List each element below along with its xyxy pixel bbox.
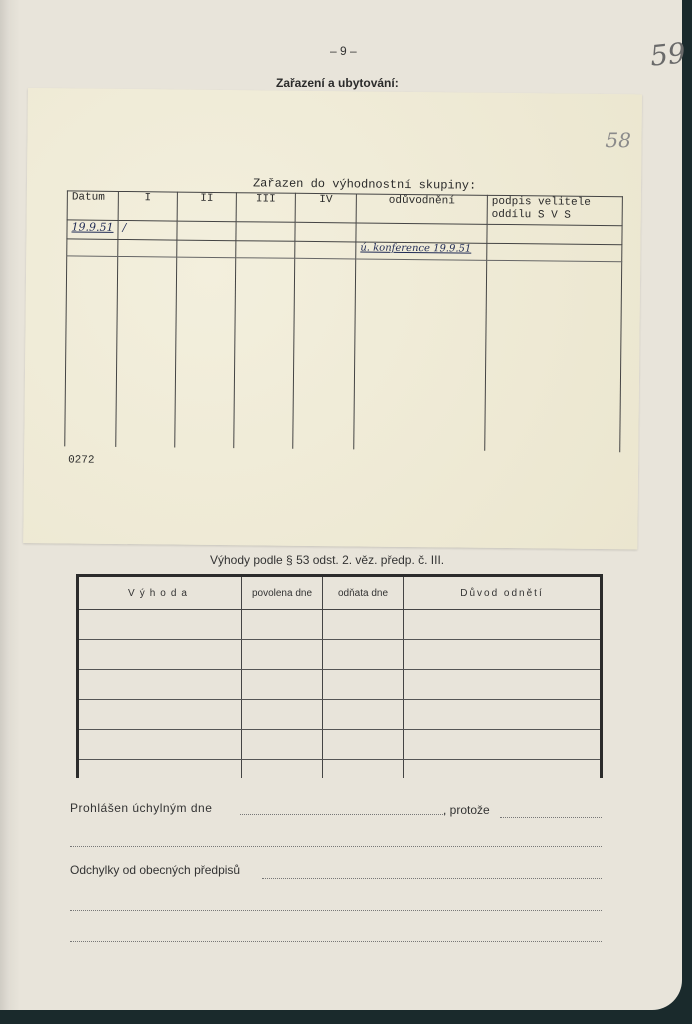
deviations-label: Odchylky od obecných předpisů (70, 863, 240, 877)
empty-cell (485, 260, 622, 452)
section-title: Zařazení a ubytování: (276, 76, 399, 90)
cell-signature (487, 243, 622, 261)
page-binding-edge (0, 0, 10, 1010)
empty-cell (242, 640, 323, 670)
empty-cell (116, 256, 177, 447)
reason-field-continued[interactable] (70, 846, 602, 847)
empty-cell (242, 610, 323, 640)
table-row (78, 610, 602, 640)
empty-cell (242, 760, 323, 779)
empty-cell (242, 730, 323, 760)
table-row-empty (65, 256, 622, 452)
empty-cell (323, 730, 404, 760)
empty-cell (242, 700, 323, 730)
empty-cell (404, 760, 602, 779)
page-number: – 9 – (330, 44, 357, 58)
cell-group-1: / (118, 220, 177, 240)
benefits-title: Výhody podle § 53 odst. 2. věz. předp. č… (210, 553, 444, 567)
cell-group-2 (177, 240, 236, 258)
table-row (78, 640, 602, 670)
empty-cell (323, 760, 404, 779)
handwritten-date: 19.9.51 (71, 220, 113, 233)
empty-cell (404, 700, 602, 730)
empty-cell (78, 670, 242, 700)
empty-cell (323, 640, 404, 670)
empty-cell (404, 670, 602, 700)
document-page: – 9 – 59 Zařazení a ubytování: 58 Zařaze… (0, 0, 682, 1010)
slip-title: Zařazen do výhodnostní skupiny: (253, 176, 476, 192)
empty-cell (242, 670, 323, 700)
cell-justification: ú. konference 19.9.51 (356, 242, 487, 260)
header-revoked-date: odňata dne (323, 576, 404, 610)
declared-date-field[interactable] (240, 814, 445, 815)
header-group-3: III (236, 193, 295, 223)
benefits-table: Výhoda povolena dne odňata dne Důvod odn… (76, 574, 603, 778)
empty-cell (323, 700, 404, 730)
empty-cell (78, 730, 242, 760)
table-row (78, 700, 602, 730)
header-granted-date: povolena dne (242, 576, 323, 610)
header-commander-signature: podpis velitele oddílu S V S (487, 195, 622, 225)
header-revocation-reason: Důvod odnětí (404, 576, 602, 610)
header-group-4: IV (295, 193, 356, 223)
cell-signature (487, 224, 622, 244)
declared-deviant-label: Prohlášen úchylným dne (70, 801, 212, 815)
deviations-field[interactable] (262, 878, 602, 879)
handwritten-justification: ú. konference 19.9.51 (360, 242, 471, 254)
cell-group-3 (236, 241, 295, 259)
because-label: , protože (443, 803, 490, 817)
table-row (78, 730, 602, 760)
table-row (78, 670, 602, 700)
empty-cell (78, 610, 242, 640)
declared-deviant-text: Prohlášen úchylným dne (70, 801, 212, 815)
empty-cell (293, 258, 356, 449)
slip-folio-number: 58 (605, 128, 631, 152)
empty-cell (404, 730, 602, 760)
empty-cell (404, 610, 602, 640)
deviations-field-line3[interactable] (70, 941, 602, 942)
cell-justification (356, 223, 487, 243)
group-assignment-table: Datum I II III IV odůvodnění podpis veli… (64, 190, 623, 452)
header-group-1: I (118, 191, 177, 221)
cell-datum (67, 239, 118, 257)
cell-group-4 (295, 222, 356, 242)
empty-cell (78, 760, 242, 779)
folio-number: 59 (648, 36, 687, 73)
cell-datum: 19.9.51 (67, 220, 118, 240)
empty-cell (404, 640, 602, 670)
empty-cell (323, 670, 404, 700)
form-code: 0272 (68, 454, 95, 466)
cell-group-1 (118, 239, 177, 257)
empty-cell (354, 259, 487, 451)
empty-cell (65, 256, 118, 447)
empty-cell (78, 700, 242, 730)
deviations-field-line2[interactable] (70, 910, 602, 911)
table-row (78, 760, 602, 779)
header-datum: Datum (67, 191, 118, 221)
cell-group-4 (295, 241, 356, 259)
handwritten-mark: / (122, 221, 126, 234)
header-justification: odůvodnění (356, 194, 487, 224)
header-benefit: Výhoda (78, 576, 242, 610)
attached-slip: 58 Zařazen do výhodnostní skupiny: Datum… (23, 88, 642, 549)
cell-group-2 (177, 221, 236, 241)
cell-group-3 (236, 222, 295, 242)
empty-cell (175, 257, 236, 448)
header-group-2: II (177, 192, 236, 222)
empty-cell (78, 640, 242, 670)
empty-cell (323, 610, 404, 640)
reason-field[interactable] (500, 817, 602, 818)
empty-cell (234, 258, 295, 449)
